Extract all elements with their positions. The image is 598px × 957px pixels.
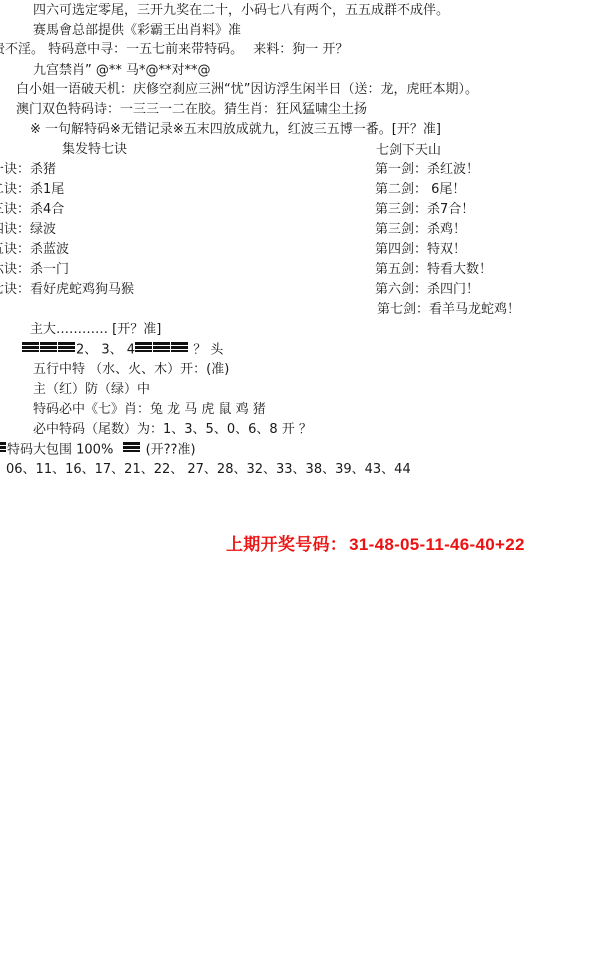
hint-line: 贵不淫。 特码意中寻：一五七前来带特码。 来料：狗一 开？ xyxy=(0,41,348,59)
black-bars-icon xyxy=(123,440,141,458)
list-item: 五诀：杀蓝波 xyxy=(0,241,69,259)
left-section-title: 集发特七诀 xyxy=(62,141,127,159)
list-item: 第二剑： 6尾！ xyxy=(375,181,465,199)
big-range-label: 特码大包围 100% xyxy=(7,443,113,458)
source-line: 赛馬會总部提供《彩霸王出肖料》准 xyxy=(33,22,241,40)
list-item: 第五剑：特看大数！ xyxy=(375,261,492,279)
list-item: 一诀：杀猪 xyxy=(0,161,56,179)
last-draw-label: 上期开奖号码： xyxy=(226,535,347,554)
macau-poem-line: 澳门双色特码诗：一三三一二在胶。猜生肖：狂风猛啸尘土扬 xyxy=(16,101,367,119)
list-item: 第七剑：看羊马龙蛇鸡！ xyxy=(377,301,520,319)
material-text: 来料：狗一 开？ xyxy=(253,42,348,57)
list-item: 第三剑：杀7合！ xyxy=(375,201,474,219)
main-big-line: 主大………… [开？准] xyxy=(30,321,161,339)
list-item: 第六剑：杀四门！ xyxy=(375,281,479,299)
list-item: 四诀：绿波 xyxy=(0,221,56,239)
five-elements-line: 五行中特 （水、火、木）开：(准) xyxy=(33,361,229,379)
nine-palace-line: 九宫禁肖” @** 马*@**对**@ xyxy=(33,62,211,80)
last-draw-result: 上期开奖号码：31-48-05-11-46-40+22 xyxy=(226,530,525,555)
black-bars-icon xyxy=(22,340,76,358)
list-item: 第四剑：特双！ xyxy=(375,241,466,259)
list-item: 二诀：杀1尾 xyxy=(0,181,64,199)
one-sentence-line: ※ 一句解特码※无错记录※五末四放成就九，红波三五博一番。[开？准] xyxy=(30,121,441,139)
last-draw-numbers: 31-48-05-11-46-40+22 xyxy=(349,535,525,554)
list-item: 第一剑：杀红波！ xyxy=(375,161,479,179)
head-suffix: ？ 头 xyxy=(189,343,223,358)
verse-line-1: 四六可选定零尾，三开九奖在二十，小码七八有两个，五五成群不成伴。 xyxy=(33,2,449,20)
list-item: 三诀：杀4合 xyxy=(0,201,64,219)
list-item: 第三剑：杀鸡！ xyxy=(375,221,466,239)
main-defense-line: 主（红）防（绿）中 xyxy=(33,381,150,399)
list-item: 七诀：看好虎蛇鸡狗马猴 xyxy=(0,281,134,299)
hint-text: 贵不淫。 特码意中寻：一五七前来带特码。 xyxy=(0,42,243,57)
list-item: 六诀：杀一门 xyxy=(0,261,69,279)
head-line: 2、 3、 4 ？ 头 xyxy=(22,341,223,360)
miss-bai-line: 白小姐一语破天机：庆修空刹应三洲“忧”因访浮生闲半日（送：龙，虎旺本期）。 xyxy=(16,81,478,99)
black-bars-icon xyxy=(135,340,189,358)
big-range-line: 特码大包围 100% (开??准) xyxy=(0,441,196,460)
big-range-suffix: (开??准) xyxy=(141,443,195,458)
zodiac-line: 特码必中《七》肖：兔 龙 马 虎 鼠 鸡 猪 xyxy=(33,401,266,419)
head-numbers: 2、 3、 4 xyxy=(76,343,135,358)
black-bars-icon xyxy=(0,440,7,458)
tail-number-line: 必中特码（尾数）为：1、3、5、0、6、8 开 ？ xyxy=(33,421,312,439)
right-section-title: 七剑下天山 xyxy=(376,142,441,160)
number-range-line: 06、11、16、17、21、22、 27、28、32、33、38、39、43、… xyxy=(6,461,411,479)
